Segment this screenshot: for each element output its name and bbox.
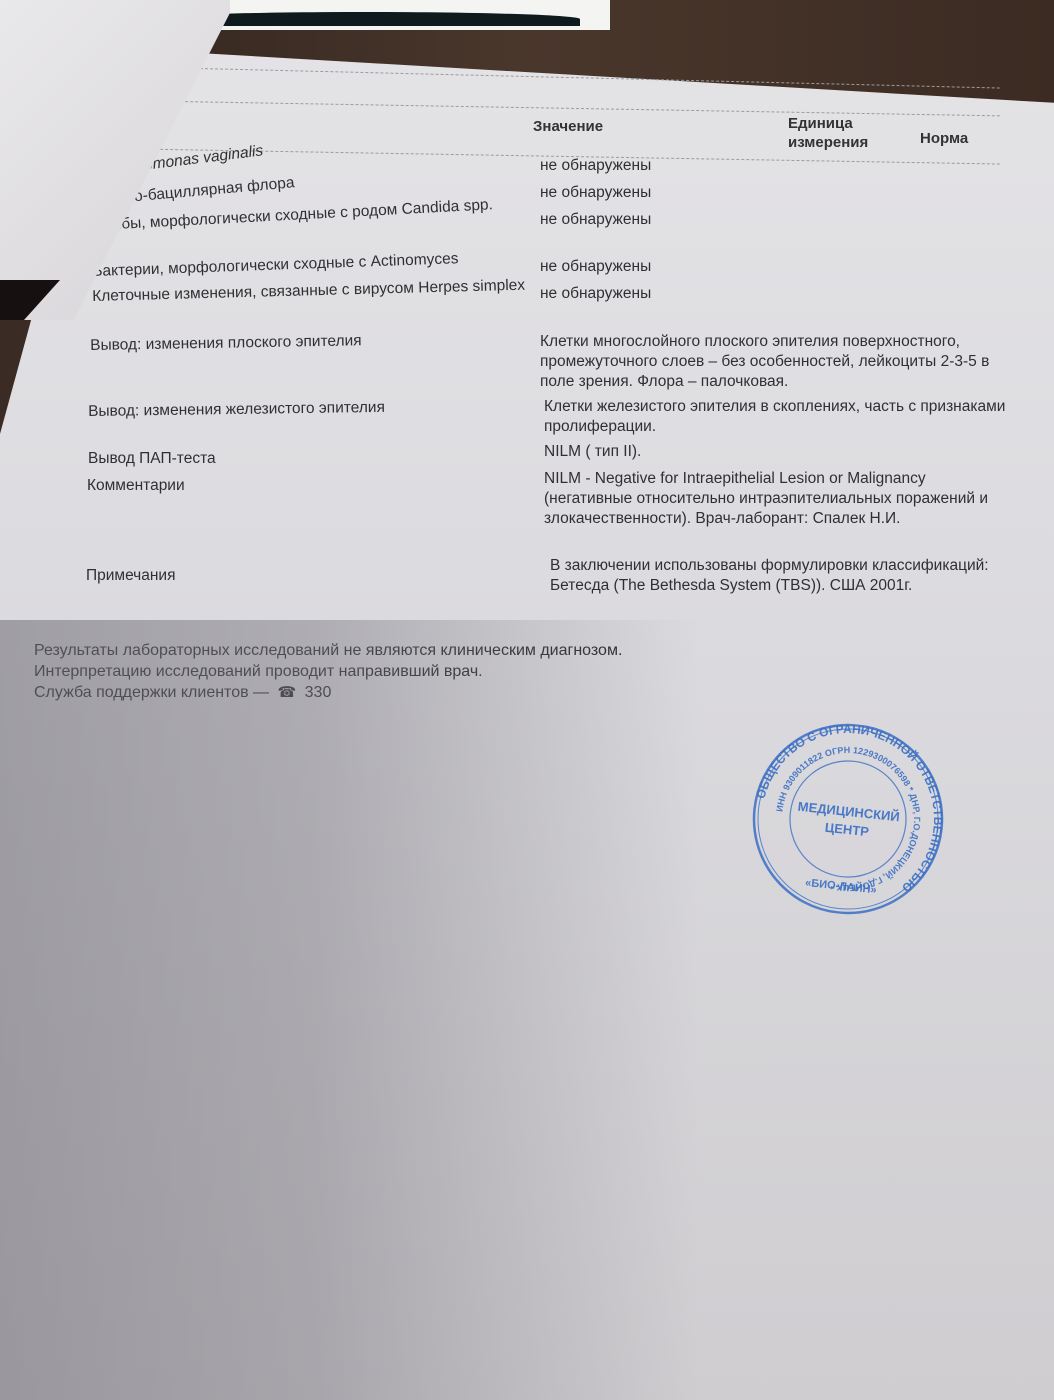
result-label: Вывод: изменения плоского эпителия	[90, 328, 530, 356]
support-number: 330	[305, 684, 332, 701]
organization-stamp: ОБЩЕСТВО С ОГРАНИЧЕННОЙ ОТВЕТСТВЕННОСТЬЮ…	[739, 714, 958, 924]
result-label: Клеточные изменения, связанные с вирусом…	[92, 275, 532, 307]
column-header-norm: Норма	[920, 130, 968, 147]
result-label: Комментарии	[87, 476, 527, 496]
result-value: Клетки железистого эпителия в скоплениях…	[544, 397, 1014, 437]
result-label: Вывод: изменения железистого эпителия	[88, 396, 528, 422]
disclaimer-line: Интерпретацию исследований проводит напр…	[34, 661, 622, 682]
column-header-value: Значение	[533, 118, 603, 135]
lab-report: 6494 ель Значение Единица измерения Норм…	[0, 0, 1054, 1400]
result-value: не обнаружены	[540, 156, 1010, 176]
phone-icon: ☎	[278, 682, 297, 703]
result-label: Примечания	[86, 566, 526, 586]
divider	[200, 68, 1000, 89]
support-label: Служба поддержки клиентов —	[34, 684, 269, 701]
result-value: не обнаружены	[540, 284, 1010, 304]
result-label: Вывод ПАП-теста	[88, 449, 528, 469]
support-line: Служба поддержки клиентов — ☎ 330	[34, 682, 622, 703]
stamp-center-line2: ЦЕНТР	[824, 820, 870, 840]
stamp-center-line1: МЕДИЦИНСКИЙ	[797, 799, 900, 825]
result-value: не обнаружены	[540, 183, 1010, 203]
photo-scene: 6494 ель Значение Единица измерения Норм…	[0, 0, 1054, 1400]
stamp-bottom-text: «БИО-ЛАЙН»	[805, 876, 878, 896]
result-value: Клетки многослойного плоского эпителия п…	[540, 332, 1010, 392]
disclaimer-line: Результаты лабораторных исследований не …	[34, 640, 622, 661]
column-header-unit: Единица измерения	[788, 114, 888, 152]
result-value: В заключении использованы формулировки к…	[550, 556, 1000, 596]
result-value: не обнаружены	[540, 210, 1010, 230]
result-value: NILM - Negative for Intraepithelial Lesi…	[544, 469, 1014, 529]
report-footer: Результаты лабораторных исследований не …	[34, 640, 622, 703]
result-value: NILM ( тип II).	[544, 442, 1014, 462]
result-value: не обнаружены	[540, 257, 1010, 277]
